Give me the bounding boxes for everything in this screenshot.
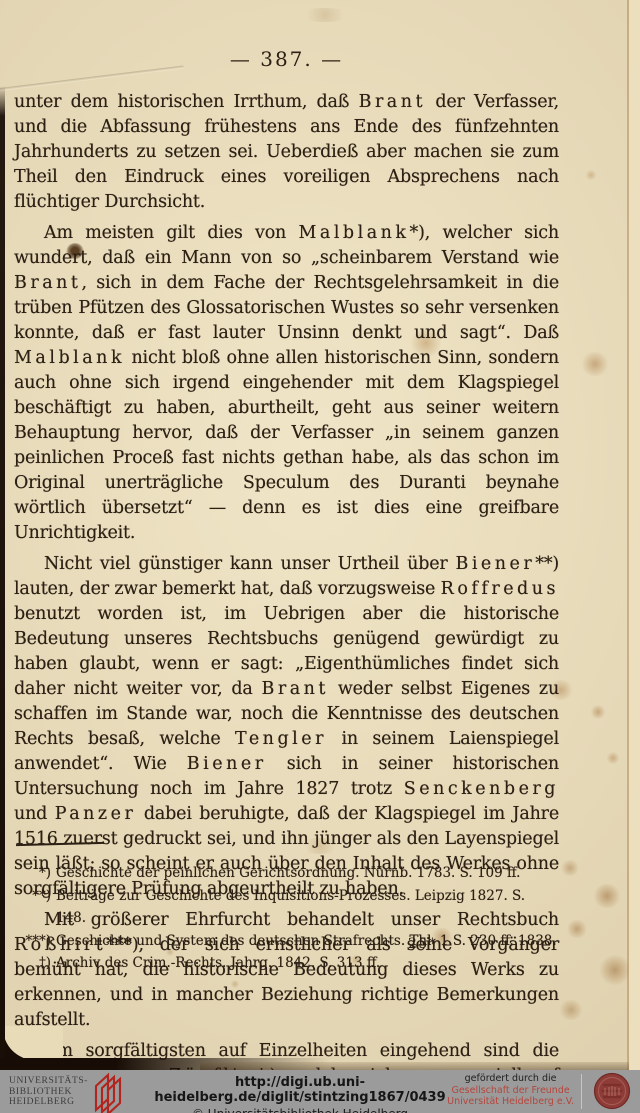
footnote-marker: **) bbox=[14, 885, 56, 930]
document-url: http://digi.ub.uni-heidelberg.de/diglit/… bbox=[120, 1075, 480, 1105]
funding-line: Universität Heidelberg e.V. bbox=[447, 1096, 574, 1108]
funding-line: Gesellschaft der Freunde bbox=[447, 1085, 574, 1097]
text-run: unter dem historischen Irrthum, daß bbox=[14, 92, 359, 112]
footnote: **)Beiträge zur Geschichte des Inquisiti… bbox=[14, 885, 559, 930]
spaced-name: Malblank bbox=[298, 223, 409, 243]
page-bottom-shadow bbox=[200, 1062, 640, 1070]
footnote-text: Geschichte und System des deutschen Stra… bbox=[56, 930, 559, 953]
scan-left-edge bbox=[0, 86, 5, 1070]
library-footer: UNIVERSITÄTS-BIBLIOTHEKHEIDELBERG http:/… bbox=[0, 1070, 640, 1113]
stain bbox=[585, 170, 597, 180]
footnote-marker: †) bbox=[14, 952, 56, 975]
paragraph: Nicht viel günstiger kann unser Urtheil … bbox=[14, 552, 559, 902]
signature-mark: 25* bbox=[408, 936, 437, 952]
spaced-name: Brant bbox=[14, 273, 81, 293]
spaced-name: Biener bbox=[187, 754, 267, 774]
stain bbox=[606, 752, 620, 764]
library-name: UNIVERSITÄTS-BIBLIOTHEKHEIDELBERG bbox=[9, 1076, 88, 1108]
paragraph: Am meisten gilt dies von Malblank*), wel… bbox=[14, 221, 559, 546]
spaced-name: Panzer bbox=[55, 804, 137, 824]
spaced-name: Brant bbox=[359, 92, 426, 112]
library-name-line: HEIDELBERG bbox=[9, 1097, 88, 1108]
stain bbox=[300, 8, 350, 22]
spaced-name: Tengler bbox=[235, 729, 327, 749]
footer-divider bbox=[581, 1074, 582, 1109]
text-run: und bbox=[14, 804, 55, 824]
footnote-marker: ***) bbox=[14, 930, 56, 953]
text-run: Nicht viel günstiger kann unser Urtheil … bbox=[44, 554, 455, 574]
library-name-line: UNIVERSITÄTS- bbox=[9, 1076, 88, 1087]
spaced-name: Brant bbox=[261, 679, 328, 699]
stain bbox=[558, 1000, 584, 1020]
footnotes: *)Geschichte der peinlichen Gerichtsordn… bbox=[14, 862, 559, 975]
stain bbox=[560, 860, 580, 876]
funding-line: gefördert durch die bbox=[447, 1073, 574, 1085]
stain bbox=[590, 705, 606, 719]
page-right-margin bbox=[629, 0, 640, 1070]
spaced-name: Malblank bbox=[14, 348, 125, 368]
spaced-name: Roffredus bbox=[441, 579, 559, 599]
university-seal-icon bbox=[593, 1072, 631, 1110]
footer-center: http://digi.ub.uni-heidelberg.de/diglit/… bbox=[120, 1075, 480, 1113]
stain bbox=[566, 920, 588, 938]
footnote-text: Geschichte der peinlichen Gerichtsordnun… bbox=[56, 862, 559, 885]
stain bbox=[592, 884, 622, 908]
paragraph: unter dem historischen Irrthum, daß Bran… bbox=[14, 90, 559, 215]
footnote: ***)Geschichte und System des deutschen … bbox=[14, 930, 559, 953]
copyright-note: © Universitätsbibliothek Heidelberg bbox=[120, 1107, 480, 1113]
spaced-name: Biener bbox=[455, 554, 535, 574]
text-run: Am meisten gilt dies von bbox=[44, 223, 298, 243]
footnote-text: Beiträge zur Geschichte des Inquisitions… bbox=[56, 885, 559, 930]
footnote-text: Archiv des Crim.-Rechts. Jahrg. 1842. S.… bbox=[56, 952, 559, 975]
footnote: †)Archiv des Crim.-Rechts. Jahrg. 1842. … bbox=[14, 952, 559, 975]
library-name-line: BIBLIOTHEK bbox=[9, 1087, 88, 1098]
stain bbox=[580, 352, 610, 376]
scanned-book-page: { "page": { "number_line": "— 387. —", "… bbox=[0, 0, 640, 1113]
text-run: , sich in dem Fache der Rechtsgelehrsamk… bbox=[14, 273, 559, 343]
footnote-marker: *) bbox=[14, 862, 56, 885]
footnote: *)Geschichte der peinlichen Gerichtsordn… bbox=[14, 862, 559, 885]
funding-note: gefördert durch dieGesellschaft der Freu… bbox=[447, 1073, 574, 1108]
spaced-name: Senckenberg bbox=[404, 779, 559, 799]
text-run: nicht bloß ohne allen historischen Sinn,… bbox=[14, 348, 559, 543]
page-number: — 387. — bbox=[14, 47, 559, 71]
